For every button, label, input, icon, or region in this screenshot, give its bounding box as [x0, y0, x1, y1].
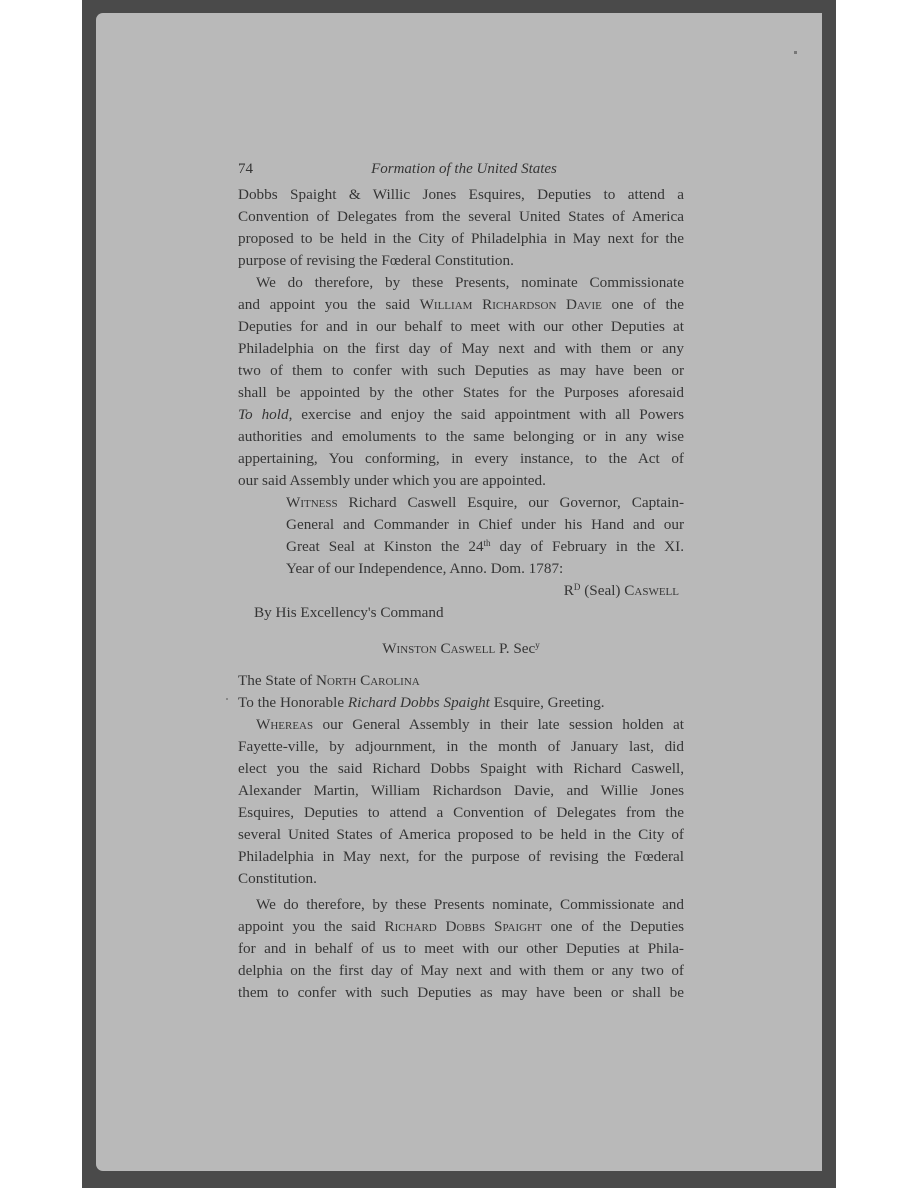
text-line: Great Seal at Kinston the 24th day of Fe…	[286, 536, 684, 558]
text-line: Alexander Martin, William Richardson Dav…	[238, 780, 684, 802]
paragraph-1: Dobbs Spaight & Willic Jones Esquires, D…	[238, 184, 684, 272]
text-run: Great Seal at Kinston the 24	[286, 538, 484, 555]
text-line: Dobbs Spaight & Willic Jones Esquires, D…	[238, 184, 684, 206]
page-text: 74 Formation of the United States Dobbs …	[238, 158, 684, 1004]
paper-speck	[794, 51, 797, 54]
text-line: proposed to be held in the City of Phila…	[238, 228, 684, 250]
margin-mark	[226, 698, 228, 700]
text-line: Deputies for and in our behalf to meet w…	[238, 316, 684, 338]
text-line: several United States of America propose…	[238, 824, 684, 846]
text-line: elect you the said Richard Dobbs Spaight…	[238, 758, 684, 780]
text-run: one of the Deputies	[542, 918, 684, 935]
text-line: We do therefore, by these Presents nomin…	[238, 894, 684, 916]
text-line: Philadelphia in May next, for the purpos…	[238, 846, 684, 868]
seal-mark: (Seal)	[580, 582, 624, 599]
witness-label: Witness	[286, 494, 338, 511]
text-line: our said Assembly under which you are ap…	[238, 470, 684, 492]
superscript: y	[535, 640, 540, 650]
text-line: To hold, exercise and enjoy the said app…	[238, 404, 684, 426]
text-line: delphia on the first day of May next and…	[238, 960, 684, 982]
page-header: 74 Formation of the United States	[238, 158, 684, 184]
text-line: Constitution.	[238, 868, 684, 890]
address-line: To the Honorable Richard Dobbs Spaight E…	[238, 692, 684, 714]
text-run: The State of	[238, 672, 316, 689]
whereas-label: Whereas	[256, 716, 313, 733]
italic-phrase: To hold	[238, 406, 289, 423]
text-run: one of the	[602, 296, 684, 313]
text-line: appertaining, You conforming, in every i…	[238, 448, 684, 470]
command-line: By His Excellency's Command	[238, 602, 684, 624]
text-line: for and in behalf of us to meet with our…	[238, 938, 684, 960]
running-title: Formation of the United States	[238, 158, 684, 180]
text-line: Fayette-ville, by adjournment, in the mo…	[238, 736, 684, 758]
state-line: The State of North Carolina	[238, 670, 684, 692]
text-line: Year of our Independence, Anno. Dom. 178…	[286, 558, 684, 580]
superscript: th	[484, 538, 491, 548]
deputy-name: William Richardson Davie	[420, 296, 602, 313]
text-run: Richard Caswell Esquire, our Governor, C…	[338, 494, 684, 511]
text-line: appoint you the said Richard Dobbs Spaig…	[238, 916, 684, 938]
text-line: We do therefore, by these Presents, nomi…	[238, 272, 684, 294]
text-line: shall be appointed by the other States f…	[238, 382, 684, 404]
text-run: and appoint you the said	[238, 296, 420, 313]
text-line: Whereas our General Assembly in their la…	[238, 714, 684, 736]
text-run: appoint you the said	[238, 918, 384, 935]
governor-signature: RD (Seal) Caswell	[238, 580, 684, 602]
text-run: P. Sec	[495, 640, 535, 657]
paragraph-4: We do therefore, by these Presents nomin…	[238, 894, 684, 1004]
text-line: and appoint you the said William Richard…	[238, 294, 684, 316]
state-name: North Carolina	[316, 672, 420, 689]
text-line: General and Commander in Chief under his…	[286, 514, 684, 536]
deputy-name: Richard Dobbs Spaight	[384, 918, 541, 935]
text-line: them to confer with such Deputies as may…	[238, 982, 684, 1004]
secretary-name: Winston Caswell	[382, 640, 495, 657]
text-line: Philadelphia on the first day of May nex…	[238, 338, 684, 360]
text-line: Convention of Delegates from the several…	[238, 206, 684, 228]
paragraph-3: Whereas our General Assembly in their la…	[238, 714, 684, 890]
text-run: Esquire, Greeting.	[490, 694, 605, 711]
text-run: , exercise and enjoy the said appointmen…	[289, 406, 684, 423]
paragraph-2: We do therefore, by these Presents, nomi…	[238, 272, 684, 492]
text-run: day of February in the XI.	[491, 538, 684, 555]
secretary-signature: Winston Caswell P. Secy	[238, 638, 684, 660]
addressee-name: Richard Dobbs Spaight	[348, 694, 490, 711]
witness-block: Witness Richard Caswell Esquire, our Gov…	[238, 492, 684, 580]
signatory-name: Caswell	[624, 582, 679, 599]
text-run: To the Honorable	[238, 694, 348, 711]
text-run: R	[564, 582, 574, 599]
text-line: purpose of revising the Fœderal Constitu…	[238, 250, 684, 272]
text-line: Esquires, Deputies to attend a Conventio…	[238, 802, 684, 824]
text-line: two of them to confer with such Deputies…	[238, 360, 684, 382]
text-run: our General Assembly in their late sessi…	[313, 716, 684, 733]
text-line: authorities and emoluments to the same b…	[238, 426, 684, 448]
text-line: Witness Richard Caswell Esquire, our Gov…	[286, 492, 684, 514]
